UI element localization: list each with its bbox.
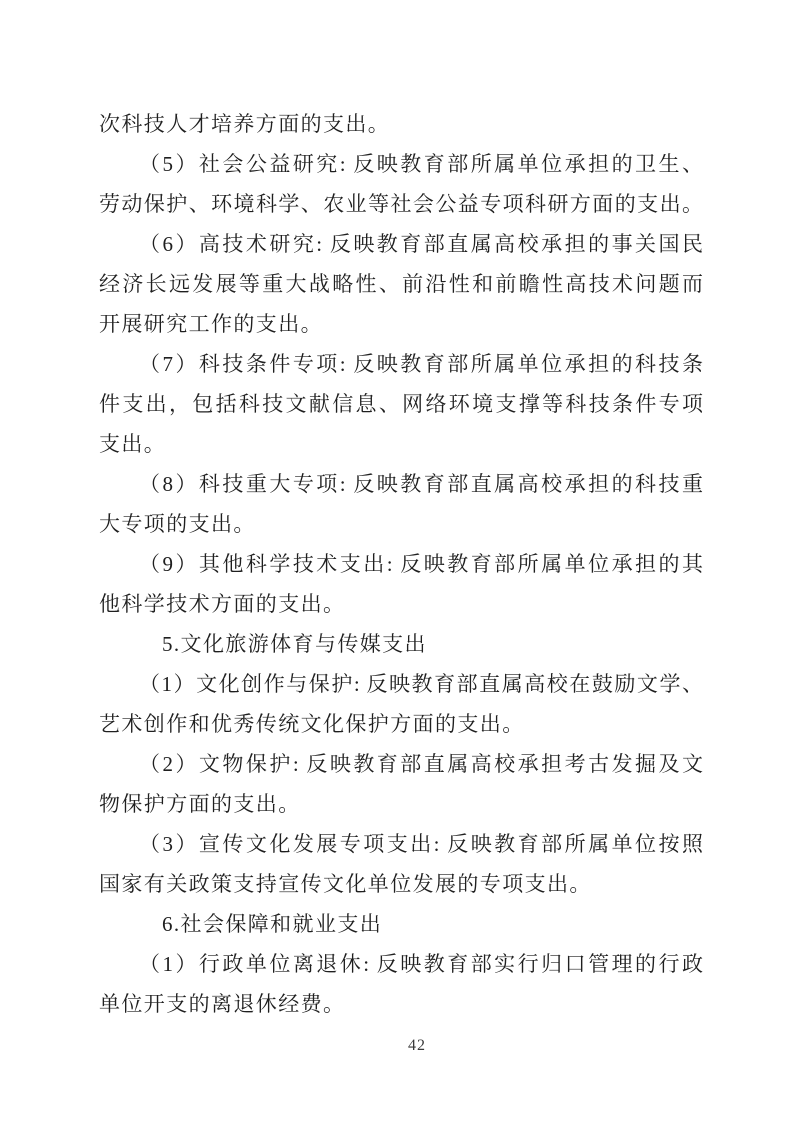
text-line: （3）宣传文化发展专项支出: 反映教育部所属单位按照 xyxy=(99,824,703,864)
text-line: 5.文化旅游体育与传媒支出 xyxy=(99,624,703,664)
text-line: 大专项的支出。 xyxy=(99,504,703,544)
text-line: 6.社会保障和就业支出 xyxy=(99,904,703,944)
text-line: （2）文物保护: 反映教育部直属高校承担考古发掘及文 xyxy=(99,744,703,784)
text-line: 劳动保护、环境科学、农业等社会公益专项科研方面的支出。 xyxy=(99,184,703,224)
text-line: 经济长远发展等重大战略性、前沿性和前瞻性高技术问题而 xyxy=(99,264,703,304)
text-line: 单位开支的离退休经费。 xyxy=(99,984,703,1024)
text-line: 次科技人才培养方面的支出。 xyxy=(99,104,703,144)
text-lines: 次科技人才培养方面的支出。（5）社会公益研究: 反映教育部所属单位承担的卫生、劳… xyxy=(99,104,703,1024)
text-line: （1）行政单位离退休: 反映教育部实行归口管理的行政 xyxy=(99,944,703,984)
text-line: 支出。 xyxy=(99,424,703,464)
text-line: 物保护方面的支出。 xyxy=(99,784,703,824)
page-number: 42 xyxy=(408,1037,426,1054)
page-footer: 42 xyxy=(0,1036,800,1056)
text-line: 艺术创作和优秀传统文化保护方面的支出。 xyxy=(99,704,703,744)
text-line: 他科学技术方面的支出。 xyxy=(99,584,703,624)
text-line: 国家有关政策支持宣传文化单位发展的专项支出。 xyxy=(99,864,703,904)
text-line: （7）科技条件专项: 反映教育部所属单位承担的科技条 xyxy=(99,344,703,384)
text-line: （8）科技重大专项: 反映教育部直属高校承担的科技重 xyxy=(99,464,703,504)
text-line: （9）其他科学技术支出: 反映教育部所属单位承担的其 xyxy=(99,544,703,584)
text-line: （6）高技术研究: 反映教育部直属高校承担的事关国民 xyxy=(99,224,703,264)
text-line: 开展研究工作的支出。 xyxy=(99,304,703,344)
document-page: 次科技人才培养方面的支出。（5）社会公益研究: 反映教育部所属单位承担的卫生、劳… xyxy=(0,0,800,1131)
text-line: （5）社会公益研究: 反映教育部所属单位承担的卫生、 xyxy=(99,144,703,184)
text-line: 件支出，包括科技文献信息、网络环境支撑等科技条件专项 xyxy=(99,384,703,424)
text-line: （1）文化创作与保护: 反映教育部直属高校在鼓励文学、 xyxy=(99,664,703,704)
